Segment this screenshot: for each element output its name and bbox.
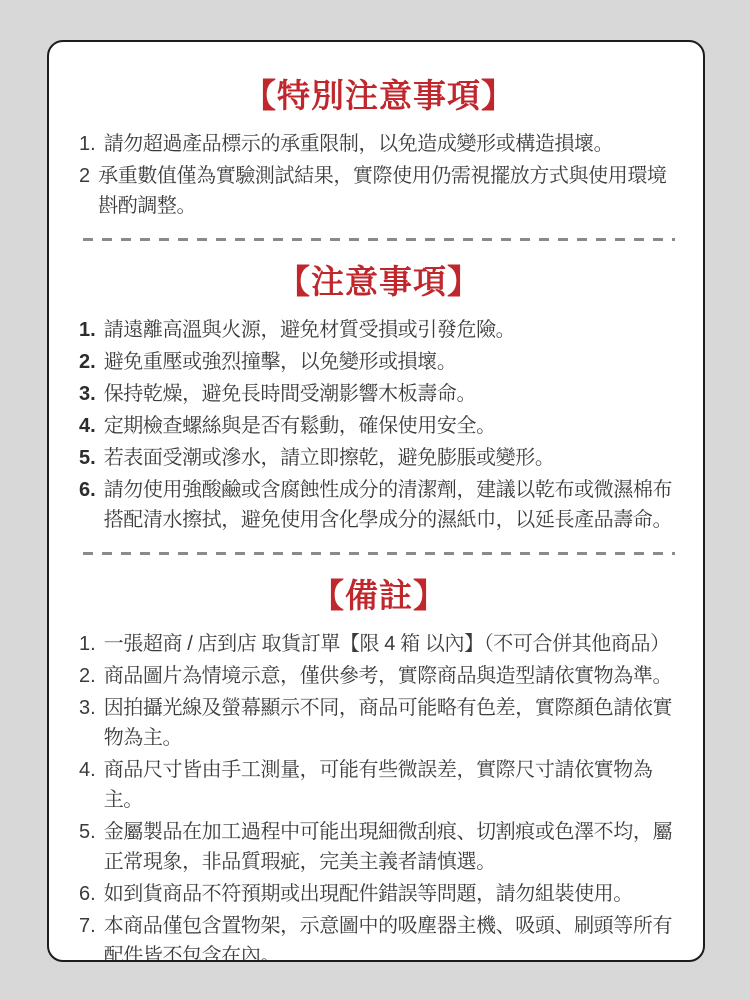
list-item: 1. 請遠離高溫與火源，避免材質受損或引發危險。 <box>79 315 679 345</box>
item-number: 1. <box>79 629 96 659</box>
item-text: 請勿超過產品標示的承重限制，以免造成變形或構造損壞。 <box>104 129 614 159</box>
list-item: 5. 金屬製品在加工過程中可能出現細微刮痕、切割痕或色澤不均，屬正常現象，非品質… <box>79 817 679 877</box>
list-item: 1. 一張超商 / 店到店 取貨訂單【限 4 箱 以內】（不可合併其他商品） <box>79 629 679 659</box>
list-item: 4. 商品尺寸皆由手工測量，可能有些微誤差，實際尺寸請依實物為主。 <box>79 755 679 815</box>
item-text: 如到貨商品不符預期或出現配件錯誤等問題，請勿組裝使用。 <box>104 879 633 909</box>
item-text: 商品尺寸皆由手工測量，可能有些微誤差，實際尺寸請依實物為主。 <box>104 755 679 815</box>
item-number: 4. <box>79 411 96 441</box>
notice-card: 【特別注意事項】 1. 請勿超過產品標示的承重限制，以免造成變形或構造損壞。 2… <box>47 40 705 962</box>
list-item: 1. 請勿超過產品標示的承重限制，以免造成變形或構造損壞。 <box>79 129 679 159</box>
remarks-list: 1. 一張超商 / 店到店 取貨訂單【限 4 箱 以內】（不可合併其他商品） 2… <box>79 629 679 962</box>
list-item: 6. 如到貨商品不符預期或出現配件錯誤等問題，請勿組裝使用。 <box>79 879 679 909</box>
list-item: 2 承重數值僅為實驗測試結果，實際使用仍需視擺放方式與使用環境斟酌調整。 <box>79 161 679 221</box>
dashed-divider <box>83 238 675 241</box>
list-item: 6. 請勿使用強酸鹼或含腐蝕性成分的清潔劑，建議以乾布或微濕棉布搭配清水擦拭，避… <box>79 475 679 535</box>
item-number: 3. <box>79 693 96 723</box>
item-number: 6. <box>79 475 96 505</box>
item-text: 一張超商 / 店到店 取貨訂單【限 4 箱 以內】（不可合併其他商品） <box>104 629 670 659</box>
item-number: 7. <box>79 911 96 941</box>
list-item: 3. 保持乾燥，避免長時間受潮影響木板壽命。 <box>79 379 679 409</box>
list-item: 7. 本商品僅包含置物架，示意圖中的吸塵器主機、吸頭、刷頭等所有配件皆不包含在內… <box>79 911 679 962</box>
item-text: 承重數值僅為實驗測試結果，實際使用仍需視擺放方式與使用環境斟酌調整。 <box>98 161 679 221</box>
special-notes-list: 1. 請勿超過產品標示的承重限制，以免造成變形或構造損壞。 2 承重數值僅為實驗… <box>79 129 679 221</box>
item-text: 定期檢查螺絲與是否有鬆動，確保使用安全。 <box>104 411 496 441</box>
list-item: 5. 若表面受潮或滲水，請立即擦乾，避免膨脹或變形。 <box>79 443 679 473</box>
item-number: 1. <box>79 129 96 159</box>
section-title-special-notes: 【特別注意事項】 <box>79 70 679 117</box>
item-text: 避免重壓或強烈撞擊，以免變形或損壞。 <box>104 347 457 377</box>
notes-list: 1. 請遠離高溫與火源，避免材質受損或引發危險。 2. 避免重壓或強烈撞擊，以免… <box>79 315 679 535</box>
item-text: 請勿使用強酸鹼或含腐蝕性成分的清潔劑，建議以乾布或微濕棉布搭配清水擦拭，避免使用… <box>104 475 679 535</box>
dashed-divider <box>83 552 675 555</box>
item-text: 若表面受潮或滲水，請立即擦乾，避免膨脹或變形。 <box>104 443 555 473</box>
item-number: 4. <box>79 755 96 785</box>
item-number: 5. <box>79 443 96 473</box>
item-number: 3. <box>79 379 96 409</box>
list-item: 3. 因拍攝光線及螢幕顯示不同，商品可能略有色差，實際顏色請依實物為主。 <box>79 693 679 753</box>
list-item: 2. 避免重壓或強烈撞擊，以免變形或損壞。 <box>79 347 679 377</box>
item-text: 金屬製品在加工過程中可能出現細微刮痕、切割痕或色澤不均，屬正常現象，非品質瑕疵，… <box>104 817 679 877</box>
item-number: 2. <box>79 347 96 377</box>
item-text: 保持乾燥，避免長時間受潮影響木板壽命。 <box>104 379 476 409</box>
item-text: 本商品僅包含置物架，示意圖中的吸塵器主機、吸頭、刷頭等所有配件皆不包含在內。 <box>104 911 679 962</box>
item-number: 1. <box>79 315 96 345</box>
list-item: 4. 定期檢查螺絲與是否有鬆動，確保使用安全。 <box>79 411 679 441</box>
section-title-remarks: 【備註】 <box>79 570 679 617</box>
item-number: 2. <box>79 661 96 691</box>
item-text: 因拍攝光線及螢幕顯示不同，商品可能略有色差，實際顏色請依實物為主。 <box>104 693 679 753</box>
section-title-notes: 【注意事項】 <box>79 256 679 303</box>
item-text: 商品圖片為情境示意，僅供參考，實際商品與造型請依實物為準。 <box>104 661 672 691</box>
item-number: 5. <box>79 817 96 847</box>
item-text: 請遠離高溫與火源，避免材質受損或引發危險。 <box>104 315 516 345</box>
item-number: 6. <box>79 879 96 909</box>
list-item: 2. 商品圖片為情境示意，僅供參考，實際商品與造型請依實物為準。 <box>79 661 679 691</box>
item-number: 2 <box>79 161 90 191</box>
